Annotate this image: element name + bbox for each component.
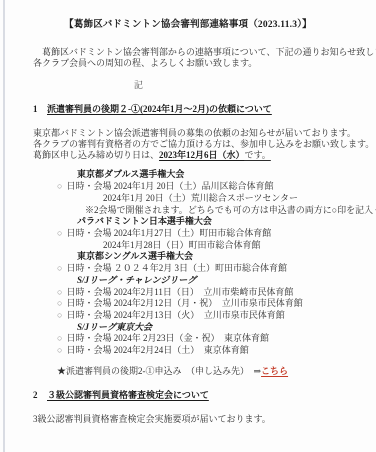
event-row: ○日時・会場 ２０２４年2月 3日（土）町田市総合体育館 <box>57 263 376 275</box>
event-row-text: 日時・会場 2024年2月24日（土） 東京体育館 <box>66 345 248 355</box>
deadline-date: 2023年12月6日（水） <box>159 150 245 160</box>
event-row-text: 日時・会場 ２０２４年2月 3日（土）町田市総合体育館 <box>66 263 287 273</box>
event-row: 2024年1月 20日（土）荒川総合スポーツセンター <box>103 193 376 205</box>
apply-line: ★派遣審判員の後期2-①申込み （申し込み先） ⇒こちら <box>57 366 370 378</box>
event-row-text: 2024年1月 20日（土）荒川総合スポーツセンター <box>103 193 298 203</box>
event-row-text: 日時・会場 2024年 2月23日（金・祝） 東京体育館 <box>66 333 269 343</box>
event-row-text: 日時・会場 2024年2月11日（日） 立川市柴崎市民体育館 <box>66 287 293 297</box>
event-row: ○日時・会場 2024年2月24日（土） 東京体育館 <box>57 345 376 357</box>
circle-marker: ○ <box>57 287 62 297</box>
section1-number: 1 <box>33 104 47 115</box>
event-row-text: 日時・会場 2024年2月13日（火） 立川市泉市民体育館 <box>66 310 284 320</box>
event-row-text: 日時・会場 2024年1月27日（土）町田市総合体育館 <box>66 228 271 238</box>
event-row-text: 日時・会場 2024年1月 20日（土）品川区総合体育館 <box>66 181 273 191</box>
circle-marker: ○ <box>57 263 62 273</box>
section2-body: 3級公認審判員資格審査検定会実施要項が届いております。 <box>33 414 370 425</box>
section1-body-line-2: 各クラブの審判有資格者の方でご協力頂ける方は、参加申し込みをお願い致します。 <box>33 139 374 149</box>
event-row: ○日時・会場 2024年2月11日（日） 立川市柴崎市民体育館 <box>57 287 376 299</box>
intro-line-1: 葛飾区バドミントン協会審判部からの連絡事項について、下記の通りお知らせ致します。 <box>33 47 376 57</box>
intro-line-2: 各クラブ会員への周知の程、よろしくお願い致します。 <box>33 58 257 68</box>
section2-title: ３級公認審判員資格審査検定会について <box>47 390 209 400</box>
apply-note-text: ★派遣審判員の後期2-①申込み （申し込み先） ⇒ <box>57 366 261 376</box>
document-title: 【葛飾区バドミントン協会審判部連絡事項（2023.11.3）】 <box>8 19 368 31</box>
circle-marker: ○ <box>57 333 62 343</box>
circle-marker: ○ <box>57 228 62 238</box>
event-row-text: 日時・会場 2024年2月12日（月・祝） 立川市泉市民体育館 <box>66 298 302 308</box>
event-row-text: ※2会場で開催されます。どちらでも可の方は申込書の両方に○印を記入ください。 <box>85 205 376 215</box>
event-list: 東京都ダブルス選手権大会○日時・会場 2024年1月 20日（土）品川区総合体育… <box>0 169 376 356</box>
section1-body: 東京都バドミントン協会派遣審判員の募集の依頼のお知らせが届いております。各クラブ… <box>33 128 370 162</box>
event-row: ○日時・会場 2024年2月13日（火） 立川市泉市民体育館 <box>57 310 376 322</box>
event-row: ○日時・会場 2024年1月 20日（土）品川区総合体育館 <box>57 181 376 193</box>
event-title: 東京都ダブルス選手権大会 <box>77 169 376 181</box>
section1-body-line-1: 東京都バドミントン協会派遣審判員の募集の依頼のお知らせが届いております。 <box>33 128 356 138</box>
deadline-suffix: です。 <box>245 150 271 160</box>
event-title: S/Jリーグ東京大会 <box>77 322 376 334</box>
event-row: 2024年1月28日（日）町田市総合体育館 <box>103 240 376 252</box>
event-row: ○日時・会場 2024年 2月23日（金・祝） 東京体育館 <box>57 333 376 345</box>
section2-number: 2 <box>33 390 47 401</box>
event-row: ※2会場で開催されます。どちらでも可の方は申込書の両方に○印を記入ください。 <box>85 205 376 217</box>
page-left-edge-divider <box>3 0 5 452</box>
event-title: パラバドミントン日本選手権大会 <box>77 216 376 228</box>
circle-marker: ○ <box>57 298 62 308</box>
event-row: ○日時・会場 2024年2月12日（月・祝） 立川市泉市民体育館 <box>57 298 376 310</box>
document-page: 【葛飾区バドミントン協会審判部連絡事項（2023.11.3）】 葛飾区バドミント… <box>0 19 376 426</box>
section2-heading: 2３級公認審判員資格審査検定会について <box>33 390 368 401</box>
event-title: S/Jリーグ・チャレンジリーグ <box>77 275 376 287</box>
intro-paragraph: 葛飾区バドミントン協会審判部からの連絡事項について、下記の通りお知らせ致します。… <box>33 47 368 70</box>
event-row-text: 2024年1月28日（日）町田市総合体育館 <box>103 240 261 250</box>
circle-marker: ○ <box>57 345 62 355</box>
deadline-prefix: 葛飾区申し込み締め切り日は、 <box>33 150 159 160</box>
ki-marker: 記 <box>134 80 376 91</box>
event-title: 東京都シングルス選手権大会 <box>77 251 376 263</box>
section1-title: 派遣審判員の後期２-①(2024年1月～2月)の依頼について <box>47 104 272 114</box>
circle-marker: ○ <box>57 181 62 191</box>
apply-link[interactable]: こちら <box>261 366 288 376</box>
circle-marker: ○ <box>57 310 62 320</box>
section1-heading: 1派遣審判員の後期２-①(2024年1月～2月)の依頼について <box>33 104 368 115</box>
event-row: ○日時・会場 2024年1月27日（土）町田市総合体育館 <box>57 228 376 240</box>
